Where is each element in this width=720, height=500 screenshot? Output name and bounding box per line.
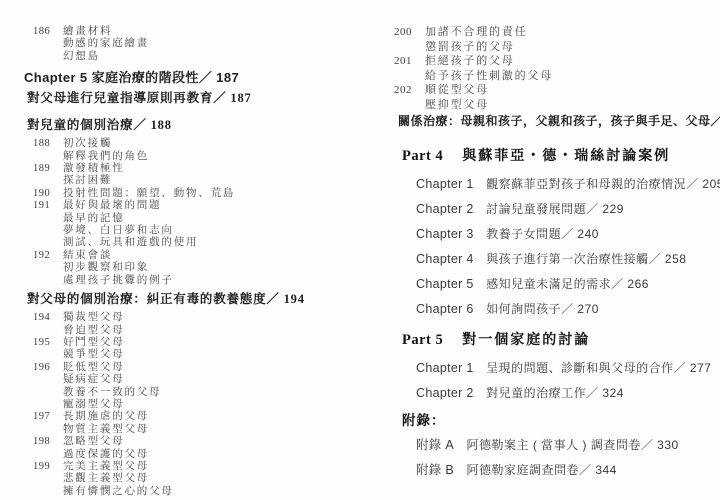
toc-section-heading: 對父母進行兒童指導原則再教育／ 187	[27, 91, 372, 106]
toc-left-page: 186 繪畫材料 動感的家庭繪畫 幻想島 Chapter 5 家庭治療的階段性／…	[24, 26, 372, 498]
entry-page-number: 186	[33, 26, 63, 38]
chapter-label: Chapter 2	[416, 202, 474, 216]
toc-entry: 懲罰孩子的父母	[392, 40, 716, 55]
entry-text: 動感的家庭繪畫	[63, 38, 149, 50]
entry-text: 貶低型父母	[63, 362, 125, 374]
toc-entry: 探討困難	[24, 175, 372, 187]
entry-page-number: 195	[33, 337, 63, 349]
part-label: Part 4	[402, 148, 443, 164]
toc-entry: 199 完美主義型父母	[24, 461, 372, 473]
chapter-title: 討論兒童發展問題／ 229	[486, 202, 624, 216]
toc-entry: 幻想島	[24, 51, 372, 63]
book-toc-page: 186 繪畫材料 動感的家庭繪畫 幻想島 Chapter 5 家庭治療的階段性／…	[0, 0, 720, 500]
part-label: Part 5	[402, 332, 443, 348]
entry-text: 解釋我們的角色	[63, 151, 149, 163]
entry-text: 物質主義型父母	[63, 424, 149, 436]
toc-entry: 196 貶低型父母	[24, 362, 372, 374]
toc-section-heading: Chapter 5 家庭治療的階段性／ 187	[24, 70, 372, 85]
chapter-title: 教養子女問題／ 240	[486, 227, 599, 241]
chapter-title: 感知兒童未滿足的需求／ 266	[486, 277, 649, 291]
entry-text: 初次接觸	[63, 138, 112, 150]
toc-entry: 悲觀主義型父母	[24, 473, 372, 485]
entry-text: 脅迫型父母	[63, 325, 125, 337]
chapter-label: Chapter 6	[416, 302, 474, 316]
entry-page-number: 188	[33, 138, 63, 150]
entry-text: 初步觀察和印象	[63, 262, 149, 274]
toc-entry: 寵溺型父母	[24, 399, 372, 411]
toc-entry: 疑病症父母	[24, 374, 372, 386]
entry-text: 教養不一致的父母	[63, 387, 161, 399]
entry-text: 加諸不合理的責任	[425, 25, 527, 40]
toc-entry: 194 獨裁型父母	[24, 312, 372, 324]
entry-page-number: 191	[33, 200, 63, 212]
toc-chapter-row: Chapter 1 觀察蘇菲亞對孩子和母親的治療情況／ 205	[416, 177, 716, 191]
chapter-title: 呈現的問題、診斷和與父母的合作／ 277	[486, 361, 711, 375]
entry-text: 過度保護的父母	[63, 449, 149, 461]
chapter-label: 附錄 A	[416, 438, 454, 452]
toc-chapter-row: Chapter 4 與孩子進行第一次治療性接觸／ 258	[416, 252, 716, 266]
toc-right-page: 200 加諸不合理的責任 懲罰孩子的父母 201 拒絕孩子的父母 給予孩子性刺激…	[392, 25, 716, 477]
entry-text: 長期施虐的父母	[63, 411, 149, 423]
chapter-label: Chapter 1	[416, 177, 474, 191]
toc-entry: 教養不一致的父母	[24, 387, 372, 399]
entry-text: 探討困難	[63, 175, 112, 187]
toc-chapter-row: Chapter 5 感知兒童未滿足的需求／ 266	[416, 277, 716, 291]
toc-section-heading: 對兒童的個別治療／ 188	[27, 118, 372, 133]
chapter-label: 附錄 B	[416, 463, 454, 477]
chapter-title: 如何詢問孩子／ 270	[486, 302, 599, 316]
entry-page-number: 198	[33, 436, 63, 448]
entry-text: 最好與最壞的問題	[63, 200, 161, 212]
toc-entry: 200 加諸不合理的責任	[392, 25, 716, 40]
toc-entry: 動感的家庭繪畫	[24, 38, 372, 50]
toc-entry: 189 激發積極性	[24, 163, 372, 175]
entry-page-number: 196	[33, 362, 63, 374]
chapter-title: 對兒童的治療工作／ 324	[486, 386, 624, 400]
entry-text: 完美主義型父母	[63, 461, 149, 473]
toc-entry: 給予孩子性刺激的父母	[392, 69, 716, 84]
toc-entry: 擁有憐憫之心的父母	[24, 486, 372, 498]
entry-page-number: 199	[33, 461, 63, 473]
entry-text: 結束會談	[63, 250, 112, 262]
toc-entry: 188 初次接觸	[24, 138, 372, 150]
toc-entry: 195 好鬥型父母	[24, 337, 372, 349]
entry-page-number: 197	[33, 411, 63, 423]
toc-entry: 脅迫型父母	[24, 325, 372, 337]
chapter-label: Chapter 1	[416, 361, 474, 375]
toc-entry: 測試、玩具和遊戲的使用	[24, 237, 372, 249]
entry-text: 好鬥型父母	[63, 337, 125, 349]
entry-text: 悲觀主義型父母	[63, 473, 149, 485]
toc-part-heading: Part 5 對一個家庭的討論	[402, 330, 716, 350]
toc-entry-group: 186 繪畫材料 動感的家庭繪畫 幻想島	[24, 26, 372, 63]
entry-text: 測試、玩具和遊戲的使用	[63, 237, 198, 249]
chapter-label: Chapter 5	[416, 277, 474, 291]
toc-entry: 201 拒絕孩子的父母	[392, 54, 716, 69]
entry-text: 順從型父母	[425, 83, 489, 98]
entry-page-number: 192	[33, 250, 63, 262]
entry-text: 給予孩子性刺激的父母	[425, 69, 553, 84]
toc-section-heading: 附錄：	[402, 413, 716, 429]
entry-text: 壓抑型父母	[425, 98, 489, 113]
toc-entry: 競爭型父母	[24, 349, 372, 361]
toc-entry: 192 結束會談	[24, 250, 372, 262]
entry-text: 夢境、白日夢和志向	[63, 225, 174, 237]
toc-section-heading: 對父母的個別治療：糾正有毒的教養態度／ 194	[27, 292, 372, 307]
entry-text: 寵溺型父母	[63, 399, 125, 411]
toc-entry: 186 繪畫材料	[24, 26, 372, 38]
entry-text: 競爭型父母	[63, 349, 125, 361]
entry-page-number: 201	[394, 54, 425, 69]
toc-entry: 夢境、白日夢和志向	[24, 225, 372, 237]
entry-text: 最早的記憶	[63, 213, 125, 225]
toc-chapter-row: 附錄 A 阿德勒案主 ( 當事人 ) 調查問卷／ 330	[416, 438, 716, 452]
toc-chapter-row: Chapter 2 討論兒童發展問題／ 229	[416, 202, 716, 216]
toc-chapter-row: 附錄 B 阿德勒家庭調查問卷／ 344	[416, 463, 716, 477]
toc-entry-group: 200 加諸不合理的責任 懲罰孩子的父母 201 拒絕孩子的父母 給予孩子性刺激…	[392, 25, 716, 112]
toc-entry: 處理孩子挑釁的例子	[24, 275, 372, 287]
toc-entry: 最早的記憶	[24, 213, 372, 225]
toc-entry: 202 順從型父母	[392, 83, 716, 98]
toc-chapter-row: Chapter 1 呈現的問題、診斷和與父母的合作／ 277	[416, 361, 716, 375]
entry-text: 獨裁型父母	[63, 312, 125, 324]
part-title: 對一個家庭的討論	[462, 333, 590, 348]
entry-text: 拒絕孩子的父母	[425, 54, 515, 69]
chapter-label: Chapter 2	[416, 386, 474, 400]
toc-chapter-row: Chapter 6 如何詢問孩子／ 270	[416, 302, 716, 316]
entry-text: 幻想島	[63, 51, 100, 63]
toc-chapter-row: Chapter 3 教養子女問題／ 240	[416, 227, 716, 241]
toc-section-heading: 關係治療：母親和孩子，父親和孩子，孩子與手足、父母／ 203	[398, 114, 716, 129]
toc-entry: 壓抑型父母	[392, 98, 716, 113]
entry-text: 疑病症父母	[63, 374, 125, 386]
chapter-title: 阿德勒案主 ( 當事人 ) 調查問卷／ 330	[467, 438, 679, 452]
entry-page-number: 194	[33, 312, 63, 324]
entry-text: 懲罰孩子的父母	[425, 40, 515, 55]
toc-entry: 191 最好與最壞的問題	[24, 200, 372, 212]
toc-entry: 197 長期施虐的父母	[24, 411, 372, 423]
toc-entry: 解釋我們的角色	[24, 151, 372, 163]
entry-page-number: 200	[394, 25, 425, 40]
entry-text: 處理孩子挑釁的例子	[63, 275, 174, 287]
entry-text: 繪畫材料	[63, 26, 112, 38]
chapter-label: Chapter 3	[416, 227, 474, 241]
entry-text: 激發積極性	[63, 163, 125, 175]
entry-text: 投射性問題：願望、動物、荒島	[63, 188, 235, 200]
part-title: 與蘇菲亞・德・瑞絲討論案例	[462, 149, 670, 164]
chapter-label: Chapter 4	[416, 252, 474, 266]
chapter-title: 阿德勒家庭調查問卷／ 344	[467, 463, 617, 477]
entry-page-number: 202	[394, 83, 425, 98]
toc-chapter-row: Chapter 2 對兒童的治療工作／ 324	[416, 386, 716, 400]
entry-text: 擁有憐憫之心的父母	[63, 486, 174, 498]
chapter-title: 與孩子進行第一次治療性接觸／ 258	[486, 252, 686, 266]
toc-entry-group: 188 初次接觸 解釋我們的角色 189 激發積極性 探討困難 190 投射性問…	[24, 138, 372, 287]
entry-page-number: 190	[33, 188, 63, 200]
toc-entry: 初步觀察和印象	[24, 262, 372, 274]
entry-text: 忽略型父母	[63, 436, 125, 448]
entry-page-number: 189	[33, 163, 63, 175]
toc-entry: 198 忽略型父母	[24, 436, 372, 448]
toc-part-heading: Part 4 與蘇菲亞・德・瑞絲討論案例	[402, 146, 716, 166]
toc-entry: 190 投射性問題：願望、動物、荒島	[24, 188, 372, 200]
toc-entry: 物質主義型父母	[24, 424, 372, 436]
chapter-title: 觀察蘇菲亞對孩子和母親的治療情況／ 205	[486, 177, 720, 191]
toc-entry: 過度保護的父母	[24, 449, 372, 461]
toc-entry-group: 194 獨裁型父母 脅迫型父母 195 好鬥型父母 競爭型父母 196 貶低型父…	[24, 312, 372, 498]
